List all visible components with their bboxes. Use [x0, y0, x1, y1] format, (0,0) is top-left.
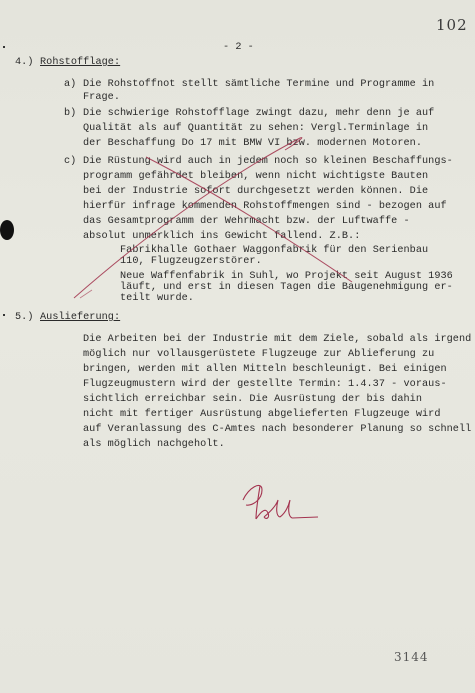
- strike-line-rising: [74, 138, 302, 298]
- red-pencil-marks: [0, 0, 475, 693]
- strike-line-falling: [146, 157, 352, 282]
- signature-icon: [243, 485, 318, 519]
- document-page: 102 - 2 - 4.) Rohstofflage: a) Die Rohst…: [0, 0, 475, 693]
